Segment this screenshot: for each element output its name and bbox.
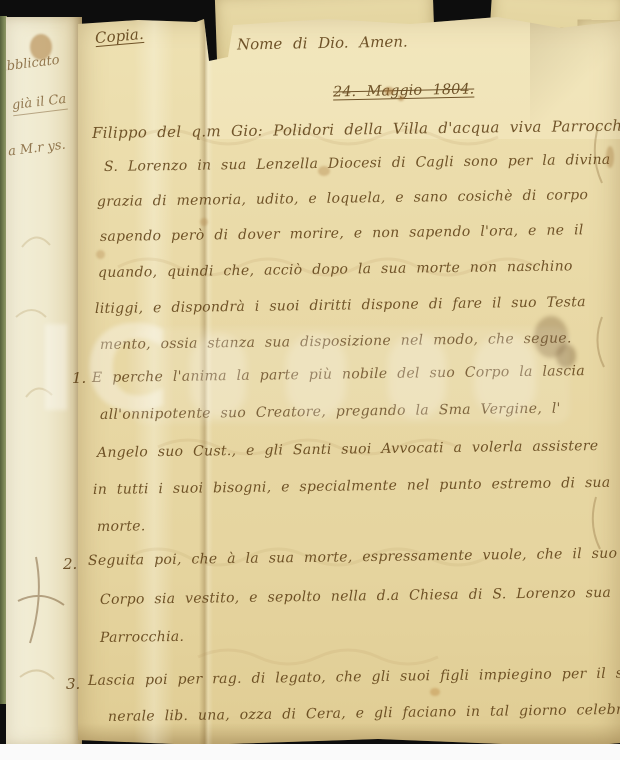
copy-label: Copia.	[94, 25, 144, 47]
handwriting-layer: Copia. Nome di Dio. Amen. 24. Maggio 180…	[0, 0, 620, 760]
manuscript-line: Seguita poi, che à la sua morte, espress…	[88, 546, 617, 569]
manuscript-line: morte.	[97, 518, 146, 535]
manuscript-line: E perche l'anima la parte più nobile del…	[92, 363, 585, 386]
manuscript-line: grazia di memoria, udito, e loquela, e s…	[97, 187, 588, 210]
manuscript-line: Parrocchia.	[100, 629, 184, 646]
manuscript-line: Filippo del q.m Gio: Polidori della Vill…	[92, 116, 620, 142]
manuscript-line: sapendo però di dover morire, e non sape…	[100, 222, 584, 245]
manuscript-line: nerale lib. una, ozza di Cera, e gli fac…	[108, 701, 620, 725]
item-number: 3.	[66, 675, 80, 693]
manuscript-photo: pubblicato già il Ca a M.r ys. Copia. No…	[0, 0, 620, 760]
manuscript-line: in tutti i suoi bisogni, e specialmente …	[93, 475, 611, 498]
struck-date: 24. Maggio 1804.	[333, 82, 475, 101]
manuscript-line: Corpo sia vestito, e sepolto nella d.a C…	[100, 585, 611, 608]
manuscript-line: litiggi, e dispondrà i suoi diritti disp…	[95, 294, 586, 317]
manuscript-line: S. Lorenzo in sua Lenzella Diocesi di Ca…	[104, 152, 611, 175]
manuscript-line: Lascia poi per rag. di legato, che gli s…	[88, 665, 620, 689]
item-number: 2.	[63, 555, 77, 573]
item-number: 1.	[72, 369, 86, 387]
manuscript-line: Angelo suo Cust., e gli Santi suoi Avvoc…	[97, 438, 599, 461]
photo-bottom-strip	[0, 744, 620, 760]
manuscript-line: quando, quindi che, acciò dopo la sua mo…	[98, 258, 573, 281]
invocation-heading: Nome di Dio. Amen.	[237, 33, 408, 54]
manuscript-line: mento, ossia stanza sua disposizione nel…	[100, 330, 572, 353]
manuscript-line: all'onnipotente suo Creatore, pregando l…	[100, 401, 561, 423]
